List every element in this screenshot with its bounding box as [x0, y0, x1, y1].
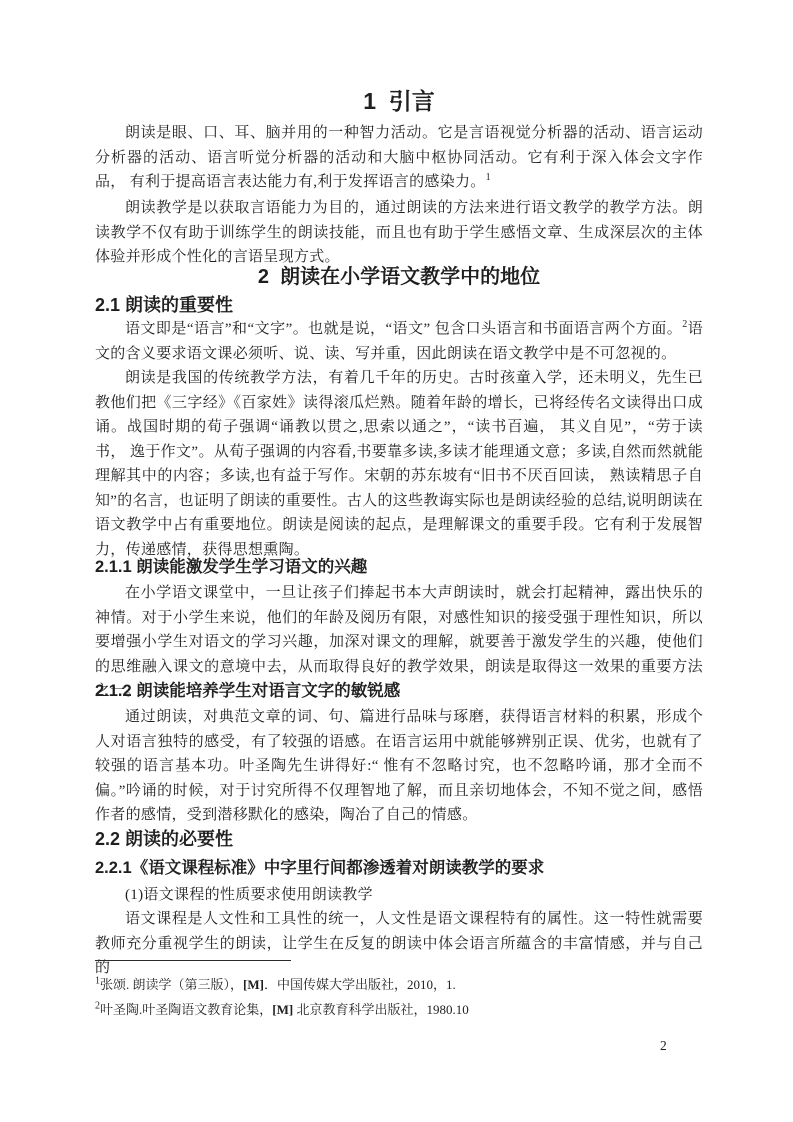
intro-paragraph-2: 朗读教学是以获取言语能力为目的，通过朗读的方法来进行语文教学的教学方法。朗读教学…: [95, 196, 703, 270]
footnote-1-text-pre: 张颂. 朗读学（第三版），: [100, 977, 243, 992]
intro-paragraph-1-text: 朗读是眼、口、耳、脑并用的一种智力活动。它是言语视觉分析器的活动、语言运动分析器…: [95, 125, 703, 190]
subsection-heading-2-1-importance: 2.1 朗读的重要性: [95, 292, 703, 318]
subsection-heading-2-2-1-standards: 2.2.1《语文课程标准》中字里行间都渗透着对朗读教学的要求: [95, 856, 703, 881]
paragraph-language-definition-before: 语文即是“语言”和“文字”。也就是说，“语文” 包含口头语言和书面语言两个方面。: [125, 321, 682, 337]
footnote-divider: [95, 960, 291, 961]
footnote-2-text-pre: 叶圣陶.叶圣陶语文教育论集，: [100, 1002, 272, 1017]
paragraph-course-nature-item: (1)语文课程的性质要求使用朗读教学: [95, 883, 703, 908]
footnote-1-type-code: [M]: [243, 977, 264, 992]
page-number: 2: [660, 1038, 667, 1054]
section-heading-1-intro: 1 引言: [95, 86, 703, 116]
subsection-heading-2-1-1-interest: 2.1.1 朗读能激发学生学习语文的兴趣: [95, 555, 703, 580]
subsection-heading-2-1-2-sensitivity: 2.1.2 朗读能培养学生对语言文字的敏锐感: [95, 679, 703, 704]
footnote-item-2: 2叶圣陶.叶圣陶语文教育论集，[M] 北京教育科学出版社，1980.10: [95, 998, 703, 1022]
footnote-2-text-post: 北京教育科学出版社，1980.10: [293, 1002, 469, 1017]
section-heading-2-status: 2 朗读在小学语文教学中的地位: [95, 263, 703, 291]
paragraph-tradition-history: 朗读是我国的传统教学方法，有着几千年的历史。古时孩童入学，还未明义，先生已教他们…: [95, 366, 703, 562]
subsection-heading-2-2-necessity: 2.2 朗读的必要性: [95, 826, 703, 852]
intro-paragraph-1: 朗读是眼、口、耳、脑并用的一种智力活动。它是言语视觉分析器的活动、语言运动分析器…: [95, 121, 703, 195]
footnote-ref-1: 1: [486, 172, 491, 183]
document-page: 1 引言 朗读是眼、口、耳、脑并用的一种智力活动。它是言语视觉分析器的活动、语言…: [0, 0, 793, 1122]
footnote-item-1: 1张颂. 朗读学（第三版），[M]．中国传媒大学出版社，2010，1.: [95, 973, 703, 997]
paragraph-language-definition: 语文即是“语言”和“文字”。也就是说，“语文” 包含口头语言和书面语言两个方面。…: [95, 317, 703, 366]
paragraph-language-sensitivity: 通过朗读，对典范文章的词、句、篇进行品味与琢磨，获得语言材料的积累，形成个人对语…: [95, 705, 703, 828]
paragraph-humanistic-unity: 语文课程是人文性和工具性的统一，人文性是语文课程特有的属性。这一特性就需要教师充…: [95, 907, 703, 981]
footnote-1-text-post: ．中国传媒大学出版社，2010，1.: [264, 977, 456, 992]
footnote-2-type-code: [M]: [272, 1002, 293, 1017]
